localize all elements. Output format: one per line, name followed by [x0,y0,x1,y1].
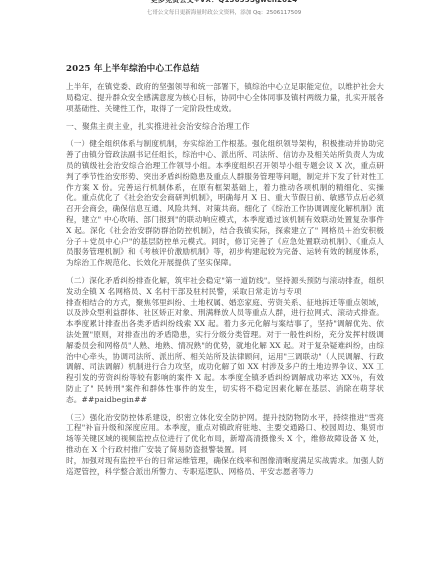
promo-subline: 七哥公文每日更新海量时政公文资料，添加 Qq：2506117509 [0,8,448,16]
paragraph-1: （一）健全组织体系与制度机制，夯实综治工作根基。强化组织领导架构，积极推动并协助… [66,139,384,269]
intro-paragraph: 上半年，在镇党委、政府的坚强领导和统一部署下，镇综治中心立足职能定位，以维护社会… [66,82,384,114]
document-page: 2025 年上半年综治中心工作总结 上半年，在镇党委、政府的坚强领导和统一部署下… [66,62,384,484]
section-heading-1: 一、聚焦主责主业，扎实推进社会治安综合治理工作 [66,121,384,132]
paragraph-3: （三）强化治安防控体系建设，织密立体化安全防护网。提升技防物防水平，持续推进"雪… [66,413,384,478]
document-title: 2025 年上半年综治中心工作总结 [66,62,384,74]
promo-banner: 更多免费公文+VX：Q13655Sgwen2024 [0,0,448,5]
paragraph-2: （二）深化矛盾纠纷排查化解，筑牢社会稳定"第一道防线"。坚持源头预防与滚动排查，… [66,276,384,406]
